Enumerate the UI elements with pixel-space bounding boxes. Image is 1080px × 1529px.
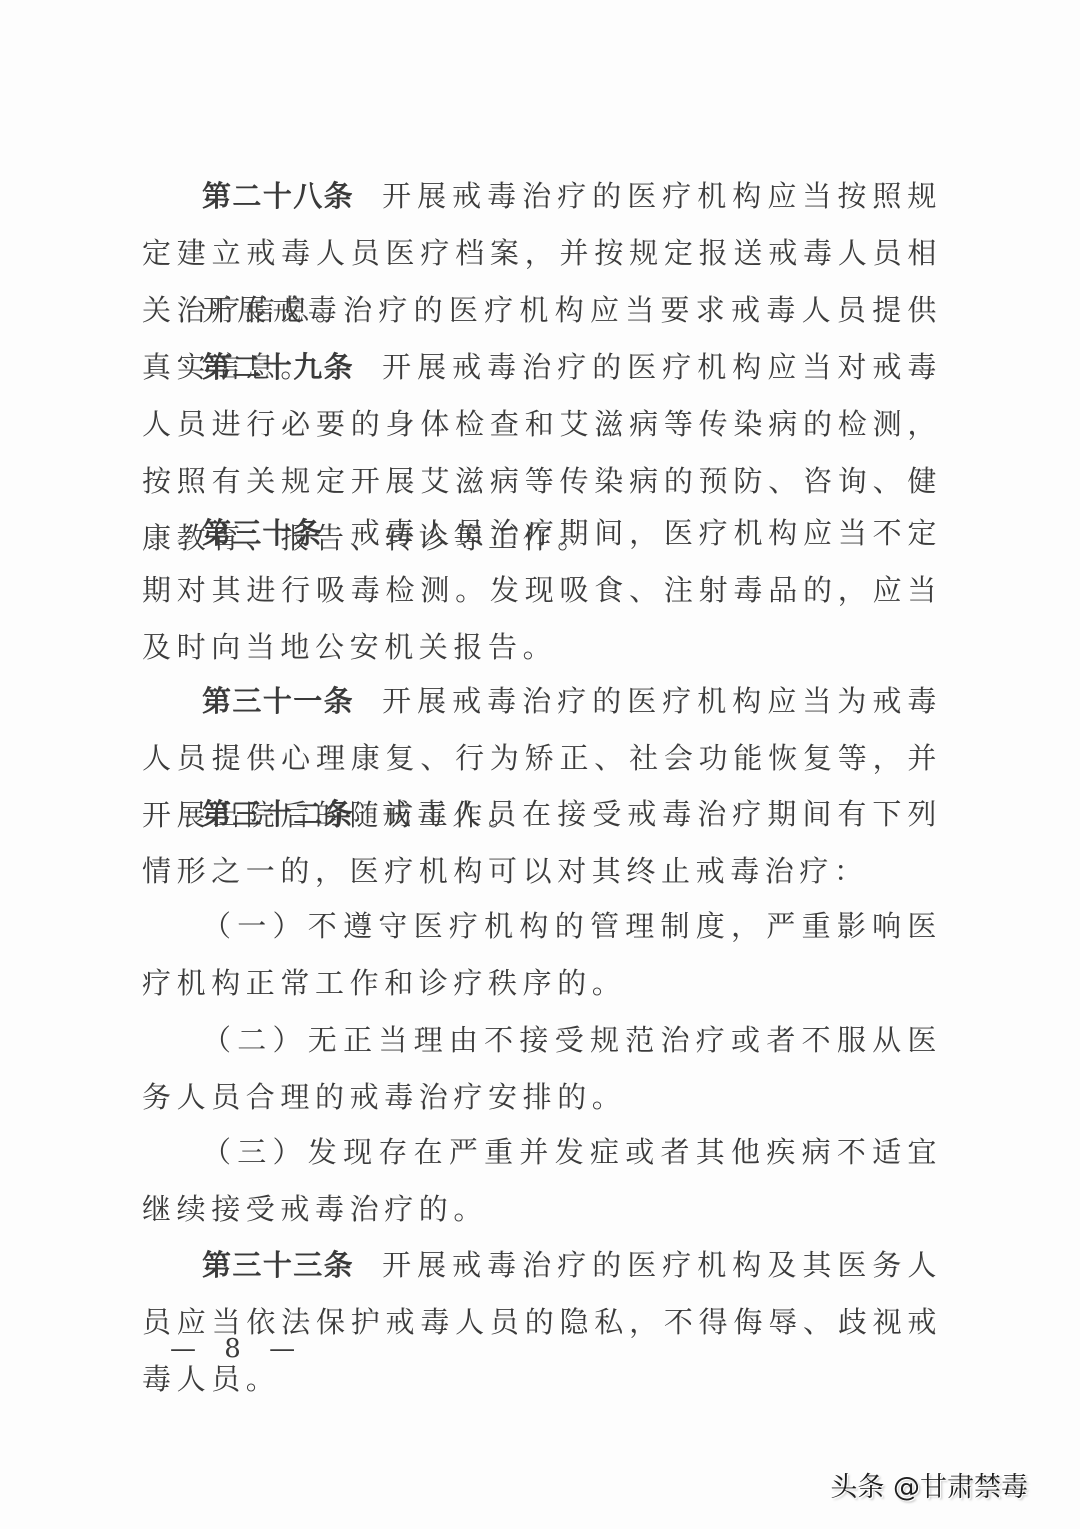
article-30-paragraph: 第三十条戒毒人员治疗期间，医疗机构应当不定期对其进行吸毒检测。发现吸食、注射毒品… (142, 505, 942, 676)
list-item-text: （二）无正当理由不接受规范治疗或者不服从医务人员合理的戒毒治疗安排的。 (142, 1023, 942, 1114)
article-number: 第三十二条 (202, 797, 354, 831)
article-32-paragraph: 第三十二条戒毒人员在接受戒毒治疗期间有下列情形之一的，医疗机构可以对其终止戒毒治… (142, 786, 942, 900)
article-number: 第二十八条 (202, 179, 354, 213)
source-watermark: 头条 @甘肃禁毒 (830, 1465, 1028, 1504)
list-item-3: （三）发现存在严重并发症或者其他疾病不适宜继续接受戒毒治疗的。 (142, 1124, 942, 1238)
document-page: 第二十八条开展戒毒治疗的医疗机构应当按照规定建立戒毒人员医疗档案，并按规定报送戒… (0, 0, 1080, 1529)
list-item-1: （一）不遵守医疗机构的管理制度，严重影响医疗机构正常工作和诊疗秩序的。 (142, 898, 942, 1012)
article-number: 第三十三条 (202, 1248, 354, 1282)
list-item-text: （三）发现存在严重并发症或者其他疾病不适宜继续接受戒毒治疗的。 (142, 1135, 942, 1226)
list-item-text: （一）不遵守医疗机构的管理制度，严重影响医疗机构正常工作和诊疗秩序的。 (142, 909, 942, 1000)
page-number: — 8 — (170, 1334, 305, 1364)
article-33-paragraph: 第三十三条开展戒毒治疗的医疗机构及其医务人员应当依法保护戒毒人员的隐私，不得侮辱… (142, 1237, 942, 1408)
list-item-2: （二）无正当理由不接受规范治疗或者不服从医务人员合理的戒毒治疗安排的。 (142, 1012, 942, 1126)
article-number: 第三十条 (202, 516, 323, 550)
article-number: 第二十九条 (202, 350, 354, 384)
article-number: 第三十一条 (202, 684, 354, 718)
